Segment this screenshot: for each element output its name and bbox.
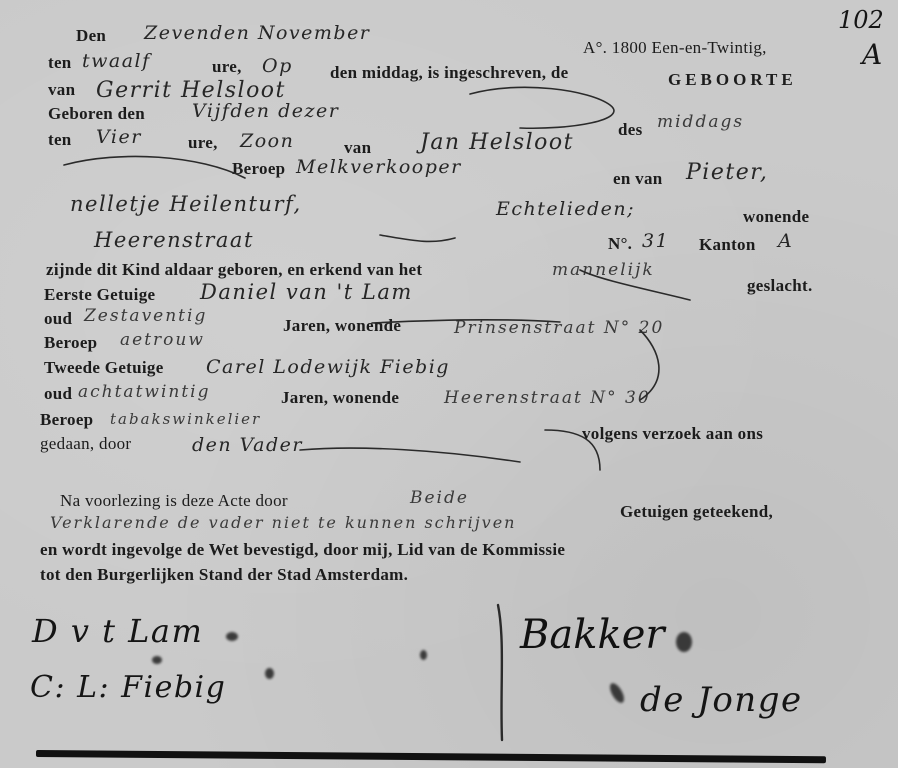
printed-ten: ten bbox=[48, 53, 72, 73]
hand-witness2-occupation: tabakswinkelier bbox=[110, 410, 261, 428]
signature-official-line2: de Jonge bbox=[640, 680, 803, 720]
hand-birth-day: Vijfden dezer bbox=[192, 100, 339, 122]
printed-van-2: van bbox=[344, 138, 371, 158]
printed-den: Den bbox=[76, 26, 106, 46]
hand-father-occupation: Melkverkooper bbox=[296, 156, 462, 178]
ink-blot bbox=[607, 681, 627, 705]
printed-ure: ure, bbox=[212, 57, 242, 77]
printed-geslacht: geslacht. bbox=[747, 276, 813, 296]
printed-beroep-w2: Beroep bbox=[40, 410, 93, 430]
page-number: 102 bbox=[838, 6, 884, 34]
printed-geboorte: GEBOORTE bbox=[668, 70, 797, 90]
printed-oud-1: oud bbox=[44, 309, 72, 329]
hand-witness1-occupation: aetrouw bbox=[120, 330, 205, 350]
printed-volgens-verzoek: volgens verzoek aan ons bbox=[582, 424, 763, 444]
printed-des: des bbox=[618, 120, 643, 140]
hand-op: Op bbox=[262, 55, 293, 77]
printed-wonende: wonende bbox=[743, 207, 809, 227]
hand-witness1-age: Zestaventig bbox=[84, 306, 207, 326]
hand-witness1-name: Daniel van 't Lam bbox=[200, 280, 413, 304]
hand-father-name: Jan Helsloot bbox=[420, 130, 574, 155]
hand-sex: mannelijk bbox=[552, 260, 655, 280]
signature-witness1: D v t Lam bbox=[32, 612, 203, 650]
printed-gedaan-door: gedaan, door bbox=[40, 434, 131, 454]
hand-witness2-name: Carel Lodewijk Fiebig bbox=[206, 356, 450, 378]
printed-van: van bbox=[48, 80, 75, 100]
page-marker: A bbox=[862, 38, 884, 71]
hand-witness2-age: achtatwintig bbox=[78, 382, 211, 402]
hand-kanton: A bbox=[778, 230, 793, 252]
hand-birth-hour: twaalf bbox=[82, 50, 151, 72]
hand-relation: Zoon bbox=[240, 130, 294, 152]
printed-na-voorlezing: Na voorlezing is deze Acte door bbox=[60, 491, 288, 511]
hand-signers: Beide bbox=[410, 488, 469, 508]
ink-blot bbox=[152, 656, 162, 664]
printed-eerste-getuige: Eerste Getuige bbox=[44, 285, 155, 305]
printed-beroep-father: Beroep bbox=[232, 159, 285, 179]
printed-oud-2: oud bbox=[44, 384, 72, 404]
printed-bevestigd: en wordt ingevolge de Wet bevestigd, doo… bbox=[40, 540, 565, 560]
hand-date: Zevenden November bbox=[144, 22, 370, 44]
printed-burgerlijke-stand: tot den Burgerlijken Stand der Stad Amst… bbox=[40, 565, 408, 585]
hand-mother-first: Pieter, bbox=[686, 160, 768, 185]
signature-official: Bakker bbox=[520, 612, 665, 658]
scanned-document-page: 102 A Den Zevenden November A°. 1800 Een… bbox=[0, 0, 898, 768]
printed-jaren-wonende-1: Jaren, wonende bbox=[283, 316, 401, 336]
printed-no: N°. bbox=[608, 234, 632, 254]
hand-mother-name: nelletje Heilenturf, bbox=[70, 192, 302, 216]
printed-geboren-den: Geboren den bbox=[48, 104, 145, 124]
printed-jaren-wonende-2: Jaren, wonende bbox=[281, 388, 399, 408]
ink-blot bbox=[676, 632, 692, 652]
signature-witness2: C: L: Fiebig bbox=[30, 670, 226, 705]
ink-blot bbox=[265, 668, 274, 679]
printed-ure-2: ure, bbox=[188, 133, 218, 153]
hand-witness1-address: Prinsenstraat N° 20 bbox=[454, 318, 664, 338]
hand-witness2-address: Heerenstraat N° 30 bbox=[444, 388, 651, 408]
printed-ten-2: ten bbox=[48, 130, 72, 150]
printed-middag: den middag, is ingeschreven, de bbox=[330, 63, 569, 83]
hand-street: Heerenstraat bbox=[94, 228, 254, 252]
hand-note-cannot-write: Verklarende de vader niet te kunnen schr… bbox=[50, 513, 516, 532]
printed-beroep-w1: Beroep bbox=[44, 333, 97, 353]
hand-declarant: den Vader bbox=[192, 434, 303, 456]
hand-daypart: middags bbox=[657, 112, 744, 132]
printed-kanton: Kanton bbox=[699, 235, 756, 255]
printed-tweede-getuige: Tweede Getuige bbox=[44, 358, 164, 378]
printed-getuigen-geteekend: Getuigen geteekend, bbox=[620, 502, 773, 522]
hand-birth-time: Vier bbox=[96, 126, 142, 148]
hand-spouses: Echtelieden; bbox=[496, 198, 635, 220]
printed-en-van: en van bbox=[613, 169, 663, 189]
ink-blot bbox=[420, 650, 427, 660]
hand-house-number: 31 bbox=[642, 230, 669, 252]
printed-year: A°. 1800 Een-en-Twintig, bbox=[583, 38, 767, 58]
printed-kind-erkend: zijnde dit Kind aldaar geboren, en erken… bbox=[46, 260, 422, 280]
ink-blot bbox=[226, 632, 238, 641]
bottom-divider-line bbox=[36, 750, 826, 763]
